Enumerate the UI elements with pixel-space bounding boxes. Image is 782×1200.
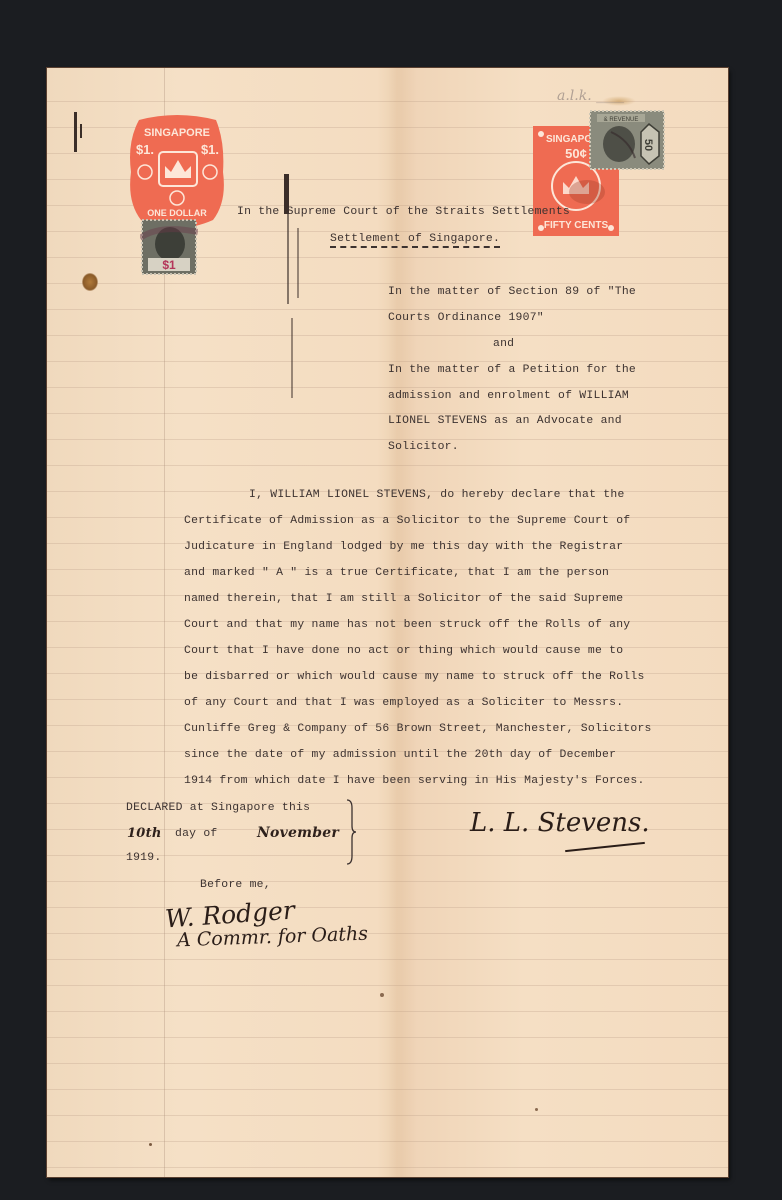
body-line-12: 1914 from which date I have been serving… — [184, 775, 645, 787]
matter-line-1: In the matter of Section 89 of "The — [388, 286, 636, 298]
declared-year: 1919. — [126, 852, 161, 864]
body-line-9: of any Court and that I was employed as … — [184, 697, 623, 709]
svg-text:FIFTY CENTS: FIFTY CENTS — [544, 220, 609, 231]
declared-day-handwritten: 10th — [127, 826, 162, 841]
svg-text:SINGAPORE: SINGAPORE — [144, 127, 210, 139]
body-line-3: Judicature in England lodged by me this … — [184, 541, 623, 553]
matter-line-6: LIONEL STEVENS as an Advocate and — [388, 415, 622, 427]
svg-text:& REVENUE: & REVENUE — [604, 117, 639, 123]
stain — [82, 273, 98, 291]
body-line-10: Cunliffe Greg & Company of 56 Brown Stre… — [184, 723, 652, 735]
matter-line-2: Courts Ordinance 1907" — [388, 312, 544, 324]
ink-mark — [297, 228, 299, 298]
body-line-8: be disbarred or which would cause my nam… — [184, 671, 645, 683]
matter-line-5: admission and enrolment of WILLIAM — [388, 390, 629, 402]
body-line-2: Certificate of Admission as a Solicitor … — [184, 515, 630, 527]
postage-stamp-one-dollar: $1 — [140, 218, 198, 276]
brace-icon — [344, 798, 358, 866]
postage-stamp-fifty: & REVENUE 50 — [589, 110, 665, 170]
svg-text:50: 50 — [642, 139, 654, 151]
svg-text:$1.: $1. — [136, 142, 154, 157]
pencil-annotation: a.l.k. ____ — [557, 88, 624, 104]
ink-mark — [291, 318, 293, 398]
body-line-7: Court that I have done no act or thing w… — [184, 645, 623, 657]
matter-line-3: and — [493, 338, 514, 350]
body-line-5: named therein, that I am still a Solicit… — [184, 593, 623, 605]
settlement-heading: Settlement of Singapore. — [330, 233, 500, 248]
speck — [380, 993, 384, 997]
speck — [535, 1108, 538, 1111]
matter-line-4: In the matter of a Petition for the — [388, 364, 636, 376]
declarant-signature: L. L. Stevens. — [470, 808, 650, 838]
declared-day-of: day of — [175, 828, 218, 840]
body-line-1: I, WILLIAM LIONEL STEVENS, do hereby dec… — [249, 489, 625, 501]
svg-text:$1.: $1. — [201, 142, 219, 157]
ink-mark — [74, 112, 77, 152]
body-line-6: Court and that my name has not been stru… — [184, 619, 630, 631]
svg-text:$1: $1 — [162, 258, 176, 272]
speck — [149, 1143, 152, 1146]
declared-month-handwritten: November — [257, 825, 339, 841]
ink-mark — [287, 214, 289, 304]
declared-line: DECLARED at Singapore this — [126, 802, 310, 814]
ink-mark — [80, 124, 82, 138]
svg-text:ONE DOLLAR: ONE DOLLAR — [147, 208, 207, 218]
document-page: a.l.k. ____ SINGAPORE $1. $1. ONE DOLLAR… — [47, 68, 728, 1177]
before-me-label: Before me, — [200, 879, 271, 891]
body-line-11: since the date of my admission until the… — [184, 749, 616, 761]
matter-line-7: Solicitor. — [388, 441, 459, 453]
svg-text:50¢: 50¢ — [565, 146, 587, 161]
court-heading: In the Supreme Court of the Straits Sett… — [237, 206, 570, 218]
body-line-4: and marked " A " is a true Certificate, … — [184, 567, 609, 579]
revenue-stamp-one-dollar: SINGAPORE $1. $1. ONE DOLLAR — [125, 112, 230, 232]
